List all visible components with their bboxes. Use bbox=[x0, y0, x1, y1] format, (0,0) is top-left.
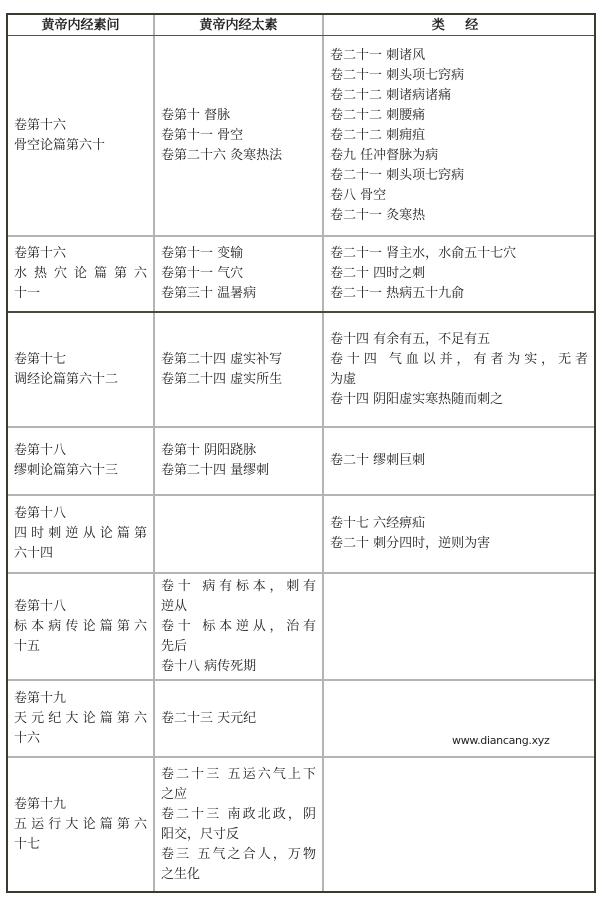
cell-line: 卷二十三 南政北政，阴 bbox=[161, 805, 316, 825]
cell-line: 卷二十二 刺痈疽 bbox=[330, 126, 588, 146]
cell-line: 卷第二十四 虚实补写 bbox=[161, 350, 316, 370]
table-row: 卷第十六 骨空论篇第六十 卷第十 督脉 卷第十一 骨空 卷第二十六 灸寒热法 卷… bbox=[8, 36, 594, 237]
cell-line: 卷三 五气之合人，万物 bbox=[161, 845, 316, 865]
cell-line: 之生化 bbox=[161, 865, 316, 885]
cell-line: 卷第十 阴阳跷脉 bbox=[161, 441, 316, 461]
cell-line: 五运行大论篇第六 bbox=[14, 815, 147, 835]
cell-suwen: 卷第十六 骨空论篇第六十 bbox=[8, 36, 155, 235]
cell-line: 卷二十三 五运六气上下 bbox=[161, 765, 316, 785]
cell-leijing: 卷二十 缪刺巨刺 bbox=[324, 428, 594, 494]
cell-line: 十七 bbox=[14, 835, 147, 855]
cell-line: 卷十七 六经痹疝 bbox=[330, 514, 588, 534]
cell-leijing: 卷十四 有余有五，不足有五 卷十四 气血以并，有者为实，无者 为虚 卷十四 阴阳… bbox=[324, 313, 594, 426]
table-row: 卷第十七 调经论篇第六十二 卷第二十四 虚实补写 卷第二十四 虚实所生 卷十四 … bbox=[8, 313, 594, 428]
cell-line: 卷二十 缪刺巨刺 bbox=[330, 451, 588, 471]
header-leijing: 类 经 bbox=[324, 15, 594, 35]
cell-suwen: 卷第十八 四时刺逆从论篇第 六十四 bbox=[8, 496, 155, 572]
cell-line: 卷第十七 bbox=[14, 350, 147, 370]
cell-taisu: 卷二十三 五运六气上下 之应 卷二十三 南政北政，阴 阳交，尺寸反 卷三 五气之… bbox=[155, 758, 324, 891]
cell-taisu: 卷第二十四 虚实补写 卷第二十四 虚实所生 bbox=[155, 313, 324, 426]
cell-suwen: 卷第十九 五运行大论篇第六 十七 bbox=[8, 758, 155, 891]
cell-line: 为虚 bbox=[330, 370, 588, 390]
cell-line: 卷二十一 刺诸风 bbox=[330, 46, 588, 66]
cell-taisu: 卷二十三 天元纪 bbox=[155, 681, 324, 756]
cell-line: 卷第十一 气穴 bbox=[161, 264, 316, 284]
cell-leijing-empty bbox=[324, 758, 594, 891]
cell-line: 标本病传论篇第六 bbox=[14, 617, 147, 637]
cell-suwen: 卷第十八 标本病传论篇第六 十五 bbox=[8, 574, 155, 679]
cell-line: 卷第十八 bbox=[14, 597, 147, 617]
cell-line: 六十四 bbox=[14, 544, 147, 564]
cell-taisu-empty bbox=[155, 496, 324, 572]
cell-line: 卷二十一 肾主水，水俞五十七穴 bbox=[330, 244, 588, 264]
cell-line: 卷二十一 刺头项七窍病 bbox=[330, 166, 588, 186]
cell-line: 卷二十 四时之刺 bbox=[330, 264, 588, 284]
cell-line: 卷第十八 bbox=[14, 441, 147, 461]
cell-line: 天元纪大论篇第六 bbox=[14, 709, 147, 729]
cell-line: 卷第十六 bbox=[14, 116, 147, 136]
cell-line: 缪刺论篇第六十三 bbox=[14, 461, 147, 481]
cell-line: 水热穴论篇第六 bbox=[14, 264, 147, 284]
cell-line: 先后 bbox=[161, 637, 316, 657]
cell-line: 十五 bbox=[14, 637, 147, 657]
cell-leijing: 卷二十一 刺诸风 卷二十一 刺头项七窍病 卷二十二 刺诸病诸痛 卷二十二 刺腰痛… bbox=[324, 36, 594, 235]
cell-leijing: 卷二十一 肾主水，水俞五十七穴 卷二十 四时之刺 卷二十一 热病五十九俞 bbox=[324, 237, 594, 311]
cell-line: 十一 bbox=[14, 284, 147, 304]
table-header-row: 黄帝内经素问 黄帝内经太素 类 经 bbox=[8, 15, 594, 36]
header-suwen: 黄帝内经素问 bbox=[8, 15, 155, 35]
watermark-text: www.diancang.xyz bbox=[452, 734, 549, 747]
cell-line: 调经论篇第六十二 bbox=[14, 370, 147, 390]
cell-line: 卷二十三 天元纪 bbox=[161, 709, 316, 729]
table-row: 卷第十九 五运行大论篇第六 十七 卷二十三 五运六气上下 之应 卷二十三 南政北… bbox=[8, 758, 594, 891]
cell-suwen: 卷第十六 水热穴论篇第六 十一 bbox=[8, 237, 155, 311]
cell-line: 之应 bbox=[161, 785, 316, 805]
header-taisu: 黄帝内经太素 bbox=[155, 15, 324, 35]
comparison-table: 黄帝内经素问 黄帝内经太素 类 经 卷第十六 骨空论篇第六十 卷第十 督脉 卷第… bbox=[6, 13, 596, 893]
cell-line: 卷十四 阴阳虚实寒热随而刺之 bbox=[330, 390, 588, 410]
cell-leijing: 卷十七 六经痹疝 卷二十 刺分四时，逆则为害 bbox=[324, 496, 594, 572]
cell-line: 卷二十一 刺头项七窍病 bbox=[330, 66, 588, 86]
cell-leijing-empty bbox=[324, 574, 594, 679]
table-row: 卷第十八 四时刺逆从论篇第 六十四 卷十七 六经痹疝 卷二十 刺分四时，逆则为害 bbox=[8, 496, 594, 574]
cell-suwen: 卷第十七 调经论篇第六十二 bbox=[8, 313, 155, 426]
cell-line: 卷第十一 变输 bbox=[161, 244, 316, 264]
cell-line: 卷第十六 bbox=[14, 244, 147, 264]
cell-line: 卷二十二 刺腰痛 bbox=[330, 106, 588, 126]
cell-line: 卷九 任冲督脉为病 bbox=[330, 146, 588, 166]
cell-line: 卷第十一 骨空 bbox=[161, 126, 316, 146]
cell-suwen: 卷第十九 天元纪大论篇第六 十六 bbox=[8, 681, 155, 756]
cell-line: 卷第十九 bbox=[14, 795, 147, 815]
cell-taisu: 卷第十一 变输 卷第十一 气穴 卷第三十 温暑病 bbox=[155, 237, 324, 311]
cell-taisu: 卷十 病有标本，刺有 逆从 卷十 标本逆从，治有 先后 卷十八 病传死期 bbox=[155, 574, 324, 679]
cell-line: 卷十 标本逆从，治有 bbox=[161, 617, 316, 637]
cell-line: 卷第二十四 量缪刺 bbox=[161, 461, 316, 481]
cell-line: 卷二十 刺分四时，逆则为害 bbox=[330, 534, 588, 554]
table-row: 卷第十八 标本病传论篇第六 十五 卷十 病有标本，刺有 逆从 卷十 标本逆从，治… bbox=[8, 574, 594, 681]
cell-line: 卷第十九 bbox=[14, 689, 147, 709]
cell-line: 卷十八 病传死期 bbox=[161, 657, 316, 677]
cell-line: 逆从 bbox=[161, 597, 316, 617]
cell-taisu: 卷第十 督脉 卷第十一 骨空 卷第二十六 灸寒热法 bbox=[155, 36, 324, 235]
cell-line: 卷第三十 温暑病 bbox=[161, 284, 316, 304]
cell-line: 骨空论篇第六十 bbox=[14, 136, 147, 156]
cell-line: 卷第二十六 灸寒热法 bbox=[161, 146, 316, 166]
cell-suwen: 卷第十八 缪刺论篇第六十三 bbox=[8, 428, 155, 494]
cell-line: 卷二十一 热病五十九俞 bbox=[330, 284, 588, 304]
cell-line: 四时刺逆从论篇第 bbox=[14, 524, 147, 544]
cell-line: 卷八 骨空 bbox=[330, 186, 588, 206]
cell-line: 卷二十二 刺诸病诸痛 bbox=[330, 86, 588, 106]
cell-line: 卷二十一 灸寒热 bbox=[330, 206, 588, 226]
cell-line: 卷第十八 bbox=[14, 504, 147, 524]
table-row: 卷第十六 水热穴论篇第六 十一 卷第十一 变输 卷第十一 气穴 卷第三十 温暑病… bbox=[8, 237, 594, 313]
cell-line: 阳交，尺寸反 bbox=[161, 825, 316, 845]
cell-line: 卷十四 有余有五，不足有五 bbox=[330, 330, 588, 350]
cell-line: 十六 bbox=[14, 729, 147, 749]
cell-line: 卷十 病有标本，刺有 bbox=[161, 577, 316, 597]
cell-taisu: 卷第十 阴阳跷脉 卷第二十四 量缪刺 bbox=[155, 428, 324, 494]
cell-line: 卷第十 督脉 bbox=[161, 106, 316, 126]
cell-line: 卷十四 气血以并，有者为实，无者 bbox=[330, 350, 588, 370]
cell-line: 卷第二十四 虚实所生 bbox=[161, 370, 316, 390]
table-row: 卷第十八 缪刺论篇第六十三 卷第十 阴阳跷脉 卷第二十四 量缪刺 卷二十 缪刺巨… bbox=[8, 428, 594, 496]
